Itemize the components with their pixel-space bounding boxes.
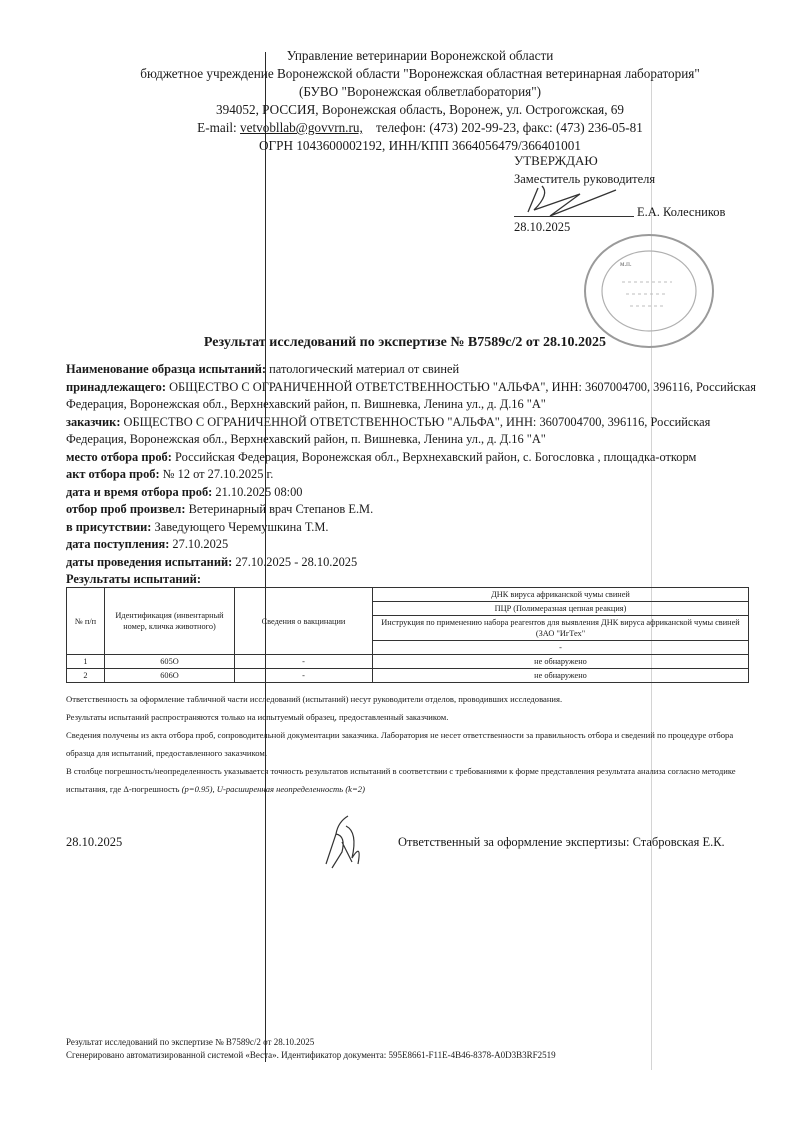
approval-title: УТВЕРЖДАЮ: [514, 152, 655, 170]
email-label: E-mail:: [197, 120, 237, 135]
header-vaccination: Сведения о вакцинации: [235, 588, 373, 655]
header-normative-doc: Инструкция по применению набора реагенто…: [373, 616, 749, 641]
note-scope: Результаты испытаний распространяются то…: [66, 708, 756, 726]
note-source: Сведения получены из акта отбора проб, с…: [66, 726, 756, 762]
header-short-name: (БУВО "Воронежская облветлаборатория"): [100, 83, 740, 101]
header-method: ПЦР (Полимеразная цепная реакция): [373, 602, 749, 616]
header-contacts: E-mail: vetvobllab@govvrn.ru, телефон: (…: [100, 119, 740, 137]
footer-document-id: Сгенерировано автоматизированной системо…: [66, 1049, 556, 1062]
field-sample-name: Наименование образца испытаний: патологи…: [66, 361, 756, 379]
header-indicator: ДНК вируса африканской чумы свиней: [373, 588, 749, 602]
approval-name: Е.А. Колесников: [637, 205, 725, 220]
field-sampling-place: место отбора проб: Российская Федерация,…: [66, 449, 756, 467]
result-cell: не обнаружено: [373, 669, 749, 683]
header-norm: -: [373, 641, 749, 655]
table-row: 2 606О - не обнаружено: [67, 669, 749, 683]
header-address: 394052, РОССИЯ, Воронежская область, Вор…: [100, 101, 740, 119]
field-sampling-datetime: дата и время отбора проб: 21.10.2025 08:…: [66, 484, 756, 502]
approval-date: 28.10.2025: [514, 220, 570, 235]
sample-info-fields: Наименование образца испытаний: патологи…: [66, 361, 756, 589]
note-uncertainty: В столбце погрешность/неопределенность у…: [66, 762, 756, 798]
header-identification: Идентификация (инвентарный номер, кличка…: [105, 588, 235, 655]
field-sampling-act: акт отбора проб: № 12 от 27.10.2025 г.: [66, 466, 756, 484]
field-receipt-date: дата поступления: 27.10.2025: [66, 536, 756, 554]
table-header-row: № п/п Идентификация (инвентарный номер, …: [67, 588, 749, 602]
phone-fax: телефон: (473) 202-99-23, факс: (473) 23…: [376, 120, 643, 135]
header-organization: бюджетное учреждение Воронежской области…: [100, 65, 740, 83]
responsible-person: Ответственный за оформление экспертизы: …: [398, 835, 725, 850]
field-customer: заказчик: ОБЩЕСТВО С ОГРАНИЧЕННОЙ ОТВЕТС…: [66, 414, 756, 449]
results-table: № п/п Идентификация (инвентарный номер, …: [66, 587, 749, 683]
email-link[interactable]: vetvobllab@govvrn.ru,: [240, 120, 363, 135]
notes-block: Ответственность за оформление табличной …: [66, 690, 756, 798]
footer-document-ref: Результат исследований по экспертизе № В…: [66, 1036, 556, 1049]
field-owner: принадлежащего: ОБЩЕСТВО С ОГРАНИЧЕННОЙ …: [66, 379, 756, 414]
result-cell: не обнаружено: [373, 655, 749, 669]
responsible-signature-icon: [318, 812, 378, 872]
note-responsibility: Ответственность за оформление табличной …: [66, 690, 756, 708]
signature-icon: [520, 180, 630, 220]
table-row: 1 605О - не обнаружено: [67, 655, 749, 669]
footer-date: 28.10.2025: [66, 835, 122, 850]
document-page: Управление ветеринарии Воронежской облас…: [0, 0, 800, 1130]
document-title: Результат исследований по экспертизе № В…: [60, 335, 750, 351]
page-footer: Результат исследований по экспертизе № В…: [66, 1036, 556, 1062]
field-in-presence: в присутствии: Заведующего Черемушкина Т…: [66, 519, 756, 537]
header-ministry: Управление ветеринарии Воронежской облас…: [100, 47, 740, 65]
official-stamp-icon: м.п.: [582, 232, 716, 350]
field-test-dates: даты проведения испытаний: 27.10.2025 - …: [66, 554, 756, 572]
header-num: № п/п: [67, 588, 105, 655]
signature-line: [514, 216, 634, 217]
field-sampled-by: отбор проб произвел: Ветеринарный врач С…: [66, 501, 756, 519]
field-results-heading: Результаты испытаний:: [66, 571, 756, 589]
stamp-label: м.п.: [620, 260, 632, 268]
organization-header: Управление ветеринарии Воронежской облас…: [100, 47, 740, 155]
